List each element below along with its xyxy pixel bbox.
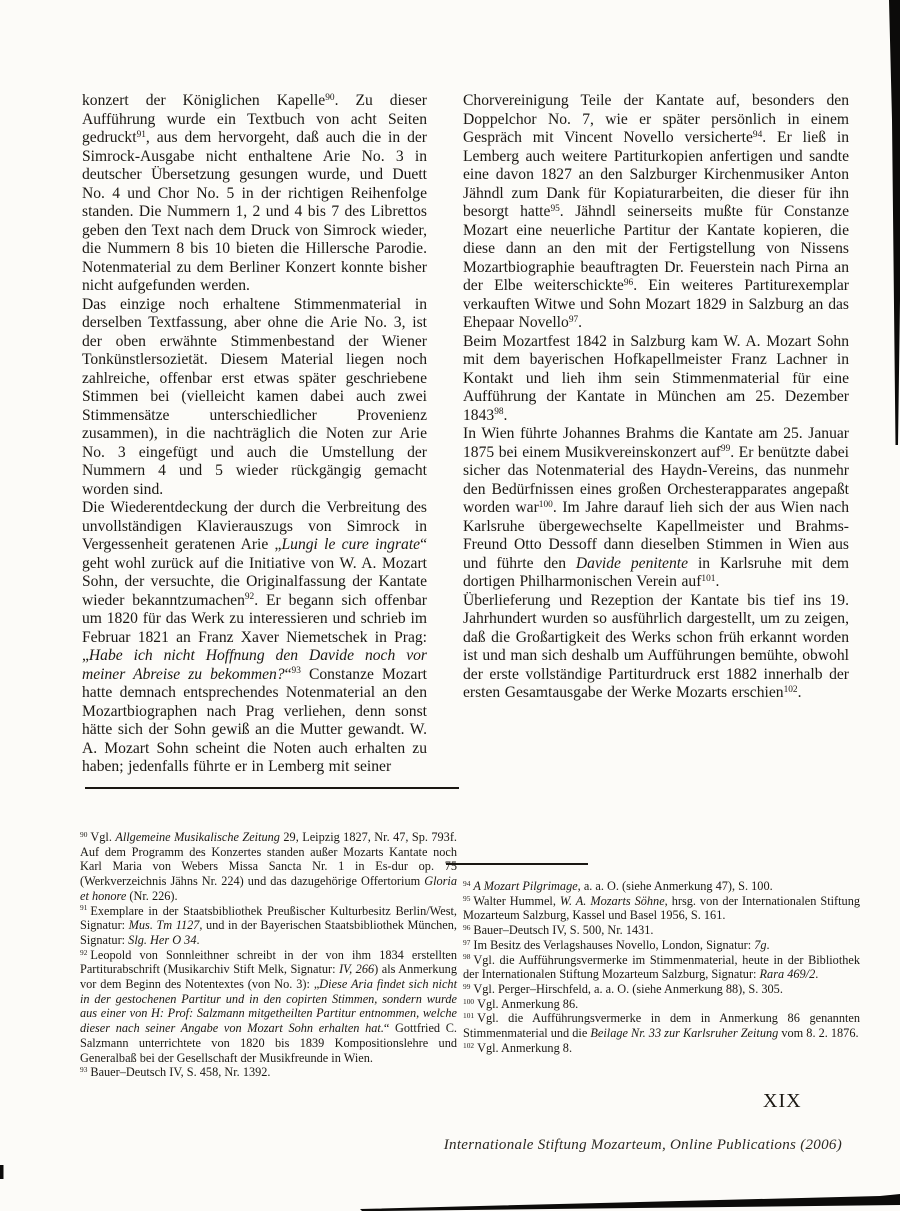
footnote-text: Vgl. Anmerkung 8. xyxy=(477,1041,572,1055)
paragraph: Das einzige noch erhaltene Stimmenmateri… xyxy=(82,296,427,500)
footnote-number: 96 xyxy=(463,923,470,932)
footnotes-column-left: 90Vgl. Allgemeine Musikalische Zeitung 2… xyxy=(80,830,457,1080)
footer-credit: Internationale Stiftung Mozarteum, Onlin… xyxy=(444,1137,842,1154)
footnote-number: 94 xyxy=(463,879,470,888)
footnote-text: Vgl. Allgemeine Musikalische Zeitung 29,… xyxy=(80,830,457,903)
scanned-paper-page: konzert der Königlichen Kapelle90. Zu di… xyxy=(0,0,900,1211)
footnote-text: Vgl. Anmerkung 86. xyxy=(477,997,578,1011)
scan-artifact-right-edge xyxy=(889,0,900,445)
footnote-text: Vgl. die Aufführungsvermerke im Stimmenm… xyxy=(463,953,860,982)
footnote: 91Exemplare in der Staatsbibliothek Preu… xyxy=(80,904,457,948)
scan-artifact-left-tick xyxy=(0,1165,4,1179)
paragraph: Beim Mozartfest 1842 in Salzburg kam W. … xyxy=(463,333,849,426)
footnote: 95Walter Hummel, W. A. Mozarts Söhne, hr… xyxy=(463,894,860,923)
footnote: 100Vgl. Anmerkung 86. xyxy=(463,997,860,1012)
footnote-text: Im Besitz des Verlagshauses Novello, Lon… xyxy=(473,938,769,952)
footnote-separator-right xyxy=(446,863,588,865)
footnote: 101Vgl. die Aufführungsvermerke in dem i… xyxy=(463,1011,860,1040)
scan-artifact-bottom-wedge xyxy=(360,1194,900,1211)
paragraph: Die Wiederentdeckung der durch die Verbr… xyxy=(82,499,427,777)
footnote: 96Bauer–Deutsch IV, S. 500, Nr. 1431. xyxy=(463,923,860,938)
footnote-number: 92 xyxy=(80,948,87,957)
page-number: XIX xyxy=(763,1090,802,1113)
footnote-text: Bauer–Deutsch IV, S. 500, Nr. 1431. xyxy=(473,923,653,937)
footnote-number: 97 xyxy=(463,938,470,947)
footnote-text: A Mozart Pilgrimage, a. a. O. (siehe Anm… xyxy=(473,879,772,893)
paragraph: In Wien führte Johannes Brahms die Kanta… xyxy=(463,425,849,592)
footnote: 97Im Besitz des Verlagshauses Novello, L… xyxy=(463,938,860,953)
footnote: 99Vgl. Perger–Hirschfeld, a. a. O. (sieh… xyxy=(463,982,860,997)
footnote: 94A Mozart Pilgrimage, a. a. O. (siehe A… xyxy=(463,879,860,894)
footnote-number: 90 xyxy=(80,830,87,839)
footnote-text: Exemplare in der Staatsbibliothek Preußi… xyxy=(80,904,457,947)
paragraph: konzert der Königlichen Kapelle90. Zu di… xyxy=(82,92,427,296)
footnotes-column-right: 94A Mozart Pilgrimage, a. a. O. (siehe A… xyxy=(463,879,860,1055)
footnote: 102Vgl. Anmerkung 8. xyxy=(463,1041,860,1056)
footnote-text: Vgl. Perger–Hirschfeld, a. a. O. (siehe … xyxy=(473,982,783,996)
footnote: 92Leopold von Sonnleithner schreibt in d… xyxy=(80,948,457,1066)
footnote: 93Bauer–Deutsch IV, S. 458, Nr. 1392. xyxy=(80,1065,457,1080)
footnote-number: 99 xyxy=(463,982,470,991)
footnote: 98Vgl. die Aufführungsvermerke im Stimme… xyxy=(463,953,860,982)
paragraph: Überlieferung und Rezeption der Kantate … xyxy=(463,592,849,703)
footnote-number: 100 xyxy=(463,997,474,1006)
footnote-number: 91 xyxy=(80,903,87,912)
footnote-number: 101 xyxy=(463,1011,474,1020)
footnote-number: 95 xyxy=(463,894,470,903)
paragraph: Chorvereinigung Teile der Kantate auf, b… xyxy=(463,92,849,333)
footnote-separator-left xyxy=(85,787,459,789)
footnote-number: 93 xyxy=(80,1065,87,1074)
footnote-text: Vgl. die Aufführungsvermerke in dem in A… xyxy=(463,1011,860,1040)
footnote-text: Walter Hummel, W. A. Mozarts Söhne, hrsg… xyxy=(463,894,860,923)
footnote-number: 98 xyxy=(463,952,470,961)
footnote-text: Leopold von Sonnleithner schreibt in der… xyxy=(80,948,457,1065)
footnote: 90Vgl. Allgemeine Musikalische Zeitung 2… xyxy=(80,830,457,904)
body-column-right: Chorvereinigung Teile der Kantate auf, b… xyxy=(463,92,849,703)
footnote-number: 102 xyxy=(463,1041,474,1050)
footnote-text: Bauer–Deutsch IV, S. 458, Nr. 1392. xyxy=(90,1065,270,1079)
body-column-left: konzert der Königlichen Kapelle90. Zu di… xyxy=(82,92,427,777)
